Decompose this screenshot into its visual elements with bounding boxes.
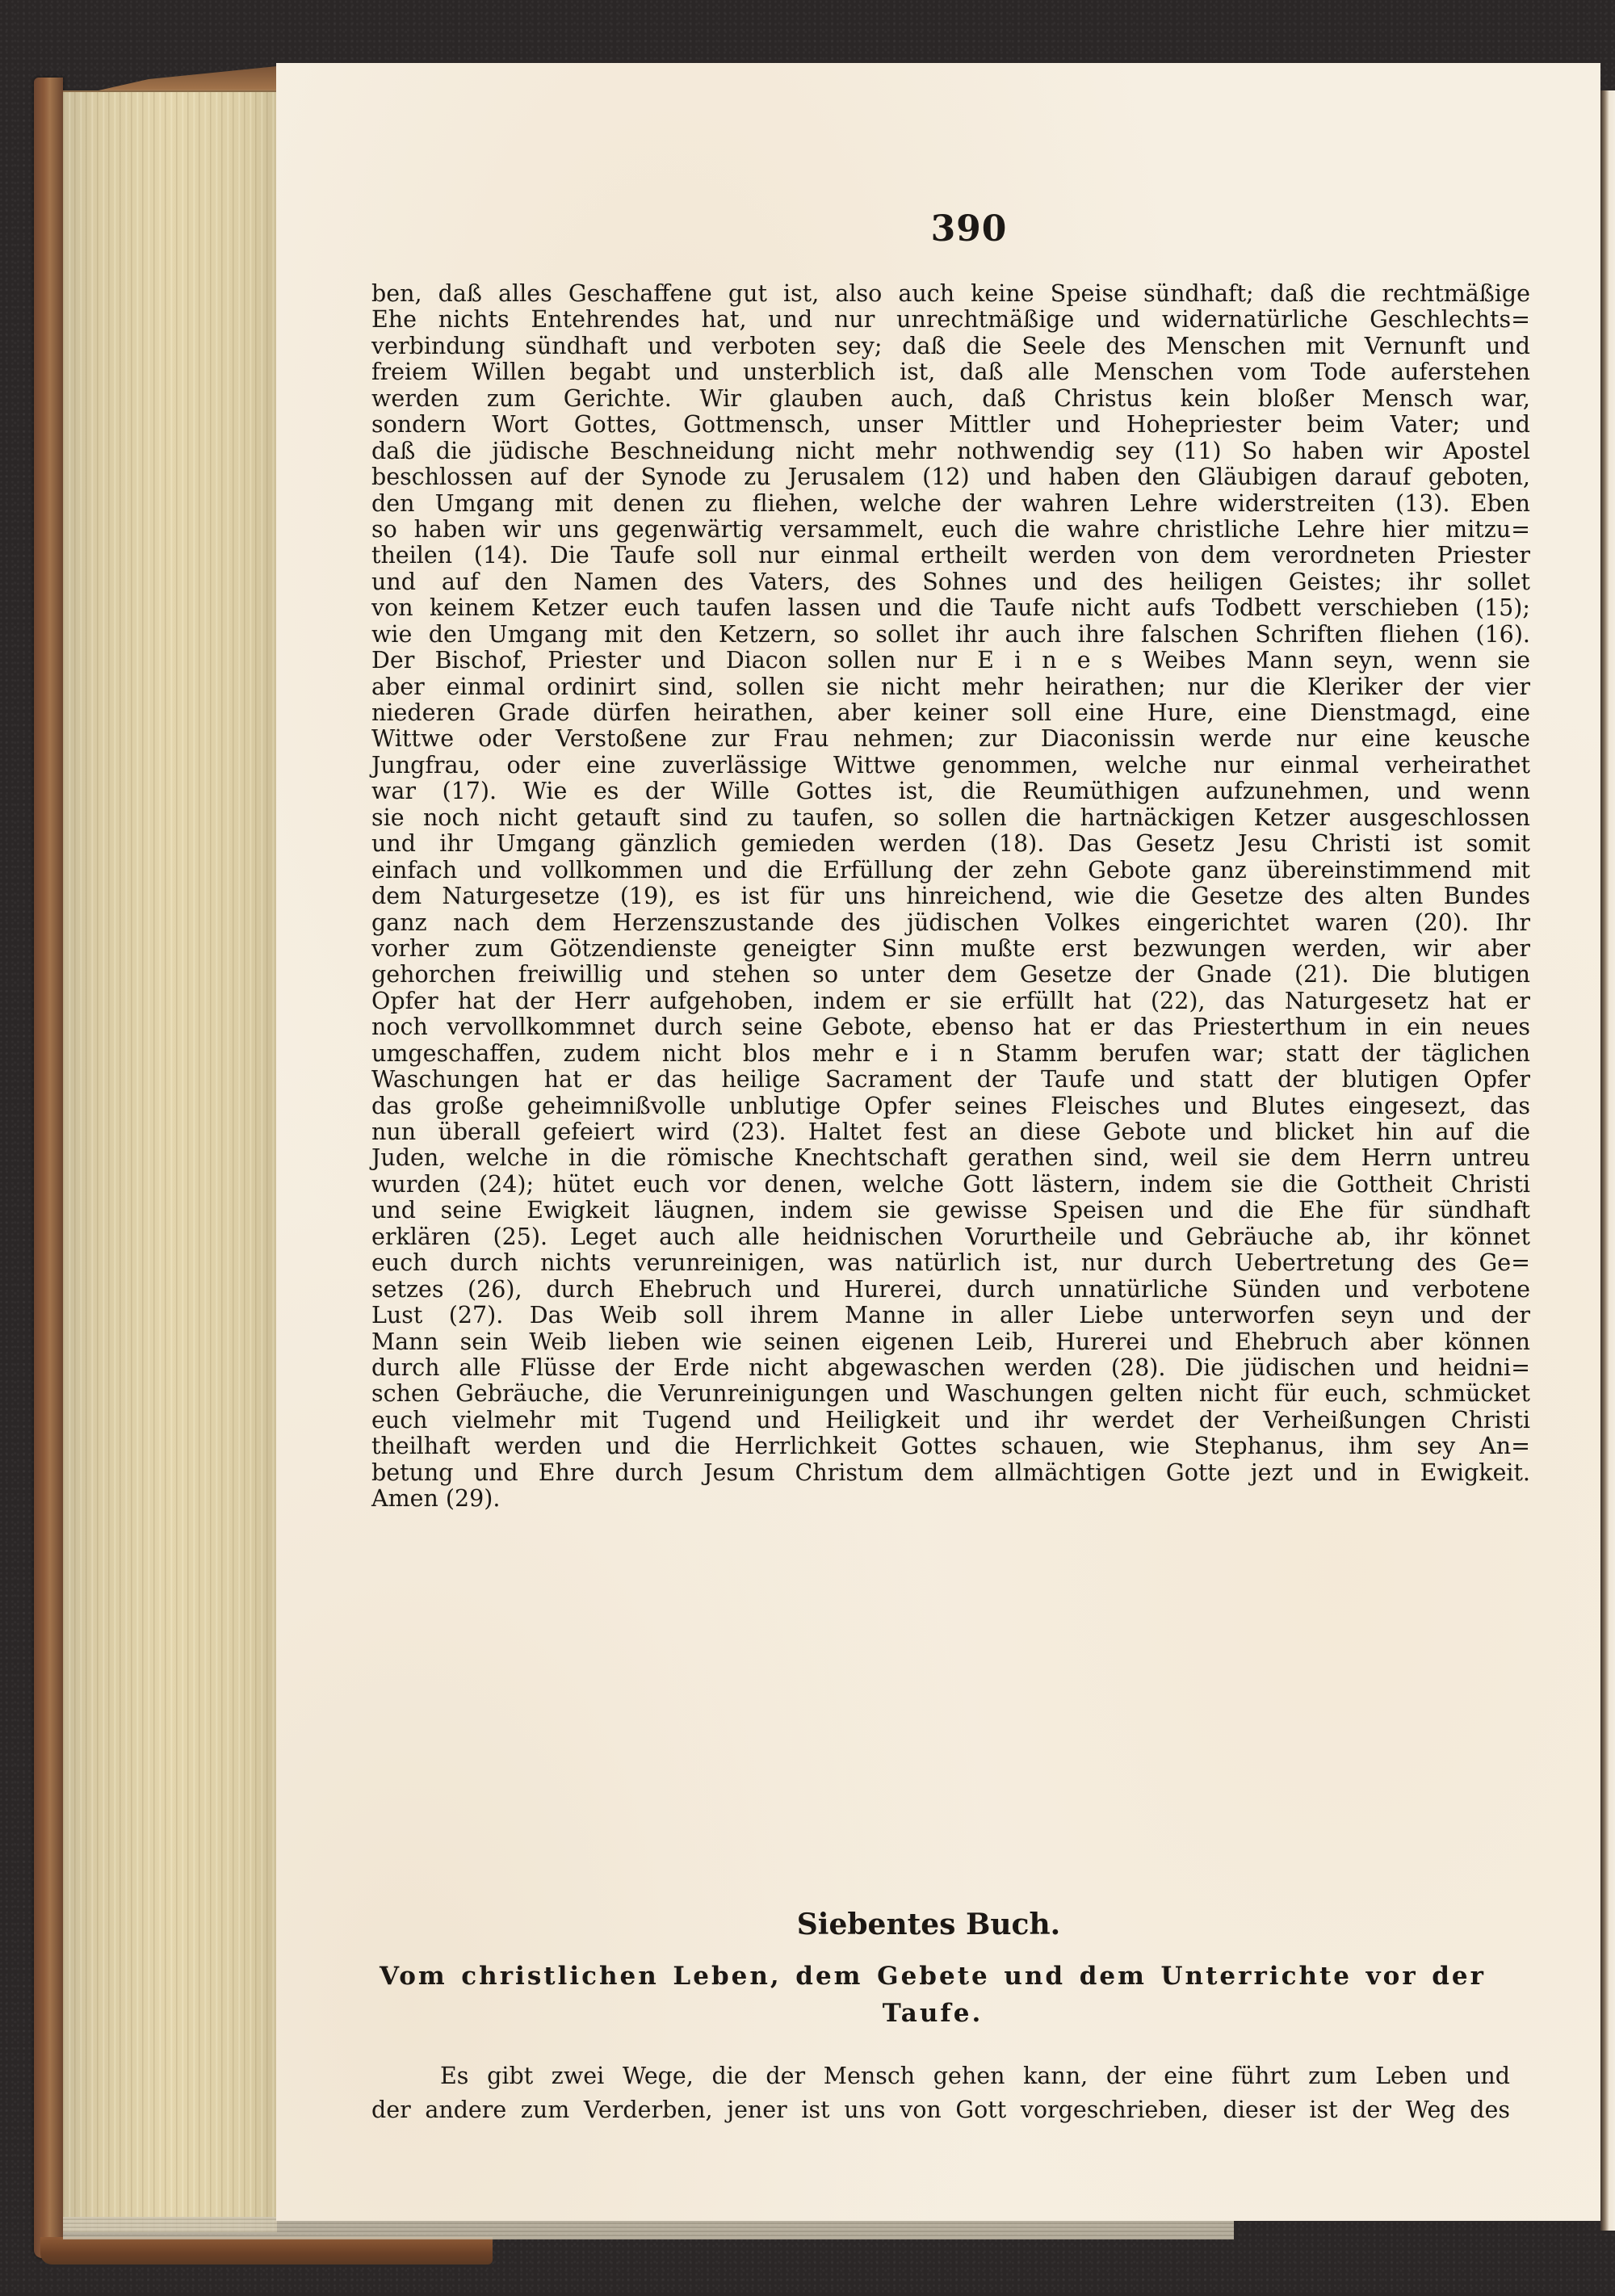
section-heading: Siebentes Buch. — [452, 1908, 1405, 1941]
text-line: einfach und vollkommen und die Erfüllung… — [371, 858, 1530, 884]
text-line: Waschungen hat er das heilige Sacrament … — [371, 1067, 1530, 1093]
text-line: noch vervollkommnet durch seine Gebote, … — [371, 1014, 1530, 1040]
text-line: wie den Umgang mit den Ketzern, so solle… — [371, 622, 1530, 648]
text-line: dem Naturgesetze (19), es ist für uns hi… — [371, 884, 1530, 909]
text-line: schen Gebräuche, die Verunreinigungen un… — [371, 1381, 1530, 1407]
text-line: durch alle Flüsse der Erde nicht abgewas… — [371, 1355, 1530, 1381]
text-line: setzes (26), durch Ehebruch und Hurerei,… — [371, 1277, 1530, 1303]
text-line: ganz nach dem Herzenszustande des jüdisc… — [371, 910, 1530, 936]
text-line: nun überall gefeiert wird (23). Haltet f… — [371, 1119, 1530, 1145]
text-line: euch vielmehr mit Tugend und Heiligkeit … — [371, 1408, 1530, 1433]
subtitle-line: Taufe. — [380, 1995, 1486, 2032]
text-line: und seine Ewigkeit läugnen, indem sie ge… — [371, 1198, 1530, 1224]
text-line: freiem Willen begabt und unsterblich ist… — [371, 359, 1530, 385]
text-line: theilen (14). Die Taufe soll nur einmal … — [371, 543, 1530, 569]
text-line: gehorchen freiwillig und stehen so unter… — [371, 962, 1530, 988]
text-line: das große geheimnißvolle unblutige Opfer… — [371, 1093, 1530, 1119]
page-number: 390 — [929, 208, 1009, 250]
body-text: ben, daß alles Geschaffene gut ist, also… — [371, 281, 1530, 1513]
text-line: betung und Ehre durch Jesum Christum dem… — [371, 1460, 1530, 1486]
text-line: verbindung sündhaft und verboten sey; da… — [371, 334, 1530, 359]
text-line: den Umgang mit denen zu fliehen, welche … — [371, 491, 1530, 517]
text-line: euch durch nichts verunreinigen, was nat… — [371, 1250, 1530, 1276]
text-line: so haben wir uns gegenwärtig versammelt,… — [371, 517, 1530, 543]
text-line: wurden (24); hütet euch vor denen, welch… — [371, 1172, 1530, 1198]
text-line: Jungfrau, oder eine zuverlässige Wittwe … — [371, 753, 1530, 779]
page-stack-fore-edge — [63, 90, 277, 2232]
section-subtitle: Vom christlichen Leben, dem Gebete und d… — [380, 1958, 1486, 2032]
text-line: daß die jüdische Beschneidung nicht mehr… — [371, 439, 1530, 464]
text-line: aber einmal ordinirt sind, sollen sie ni… — [371, 674, 1530, 700]
text-line: Der Bischof, Priester und Diacon sollen … — [371, 648, 1530, 674]
text-line: Lust (27). Das Weib soll ihrem Manne in … — [371, 1303, 1530, 1328]
text-line: werden zum Gerichte. Wir glauben auch, d… — [371, 386, 1530, 412]
text-line: Juden, welche in die römische Knechtscha… — [371, 1145, 1530, 1171]
text-line: Mann sein Weib lieben wie seinen eigenen… — [371, 1329, 1530, 1355]
text-line: Opfer hat der Herr aufgehoben, indem er … — [371, 988, 1530, 1014]
text-line: von keinem Ketzer euch taufen lassen und… — [371, 595, 1530, 621]
text-line: umgeschaffen, zudem nicht blos mehr e i … — [371, 1041, 1530, 1067]
section-body-text: Es gibt zwei Wege, die der Mensch gehen … — [371, 2059, 1510, 2127]
text-line: beschlossen auf der Synode zu Jerusalem … — [371, 464, 1530, 490]
facing-page-edge — [1600, 90, 1615, 2231]
book-cover-bottom — [40, 2237, 493, 2265]
text-line: Es gibt zwei Wege, die der Mensch gehen … — [371, 2059, 1510, 2093]
text-line: sie noch nicht getauft sind zu taufen, s… — [371, 805, 1530, 831]
text-line: Amen (29). — [371, 1486, 1530, 1512]
text-line: und ihr Umgang gänzlich gemieden werden … — [371, 831, 1530, 857]
text-line: vorher zum Götzendienste geneigter Sinn … — [371, 936, 1530, 962]
text-line: niederen Grade dürfen heirathen, aber ke… — [371, 700, 1530, 726]
text-line: der andere zum Verderben, jener ist uns … — [371, 2093, 1510, 2127]
text-line: und auf den Namen des Vaters, des Sohnes… — [371, 569, 1530, 595]
text-line: war (17). Wie es der Wille Gottes ist, d… — [371, 779, 1530, 804]
text-line: theilhaft werden und die Herrlichkeit Go… — [371, 1433, 1530, 1459]
text-line: Wittwe oder Verstoßene zur Frau nehmen; … — [371, 726, 1530, 752]
text-line: sondern Wort Gottes, Gottmensch, unser M… — [371, 412, 1530, 438]
book-cover-edge — [34, 78, 63, 2258]
text-line: ben, daß alles Geschaffene gut ist, also… — [371, 281, 1530, 307]
text-line: erklären (25). Leget auch alle heidnisch… — [371, 1224, 1530, 1250]
subtitle-line: Vom christlichen Leben, dem Gebete und d… — [380, 1958, 1486, 1995]
text-line: Ehe nichts Entehrendes hat, und nur unre… — [371, 307, 1530, 333]
